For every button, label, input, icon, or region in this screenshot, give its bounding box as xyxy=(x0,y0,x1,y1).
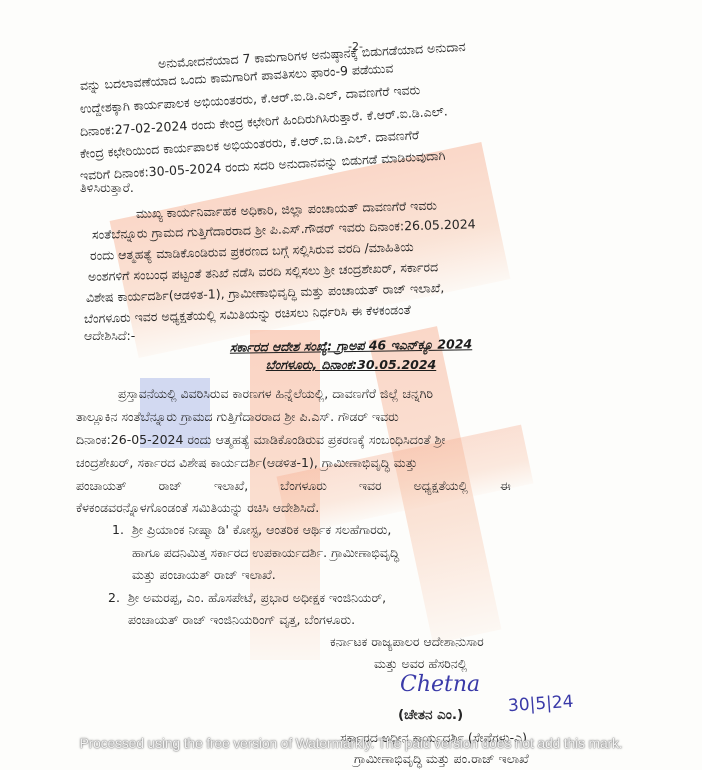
closing-line-2: ಮತ್ತು ಅವರ ಹೆಸರಿನಲ್ಲಿ xyxy=(374,656,467,672)
para3-line: ಕೆಳಕಂಡವರನ್ನೊಳಗೊಂಡಂತೆ ಸಮಿತಿಯನ್ನು ರಚಿಸಿ ಆದ… xyxy=(76,500,319,516)
member-line: ಶ್ರೀ ಪ್ರಿಯಾಂಕ ನೀಷ್ಮಾ ಡಿ' ಕೋಸ್ಟ, ಆಂತರಿಕ ಆ… xyxy=(132,522,391,538)
order-place-date: ಬೆಂಗಳೂರು, ದಿನಾಂಕ:30.05.2024 xyxy=(0,357,702,373)
signature-date: 30|5|24 xyxy=(507,692,574,717)
member-line: ಶ್ರೀ ಅಮರಪ್ಪ, ಎಂ. ಹೊಸಪೇಟೆ, ಪ್ರಭಾರ ಅಧೀಕ್ಷಕ… xyxy=(128,590,386,606)
para3-line: ತಾಲ್ಲೂಕಿನ ಸಂತೆಬೆನ್ನೂರು ಗ್ರಾಮದ ಗುತ್ತಿಗೆದಾ… xyxy=(76,409,399,425)
para3-line: ಪ್ರಸ್ತಾವನೆಯಲ್ಲಿ ವಿವರಿಸಿರುವ ಕಾರಣಗಳ ಹಿನ್ನೆ… xyxy=(118,386,433,402)
signature: Chetna xyxy=(400,672,480,697)
document-page: -2- ಅನುಮೋದನೆಯಾದ 7 ಕಾಮಗಾರಿಗಳ ಅನುಷ್ಠಾನಕ್ಕೆ… xyxy=(0,0,702,770)
para3-line: ದಿನಾಂಕ:26-05-2024 ರಂದು ಆತ್ಮಹತ್ಯೆ ಮಾಡಿಕೊಂ… xyxy=(76,432,445,448)
watermark-text: Processed using the free version of Wate… xyxy=(0,735,702,751)
designation-2: ಗ್ರಾಮೀಣಾಭಿವೃದ್ಧಿ ಮತ್ತು ಪಂ.ರಾಜ್ ಇಲಾಖೆ xyxy=(354,751,529,767)
member-number: 1. xyxy=(112,522,124,538)
para3-line: ಚಂದ್ರಶೇಖರ್, ಸರ್ಕಾರದ ವಿಶೇಷ ಕಾರ್ಯದರ್ಶಿ(ಆಡಳ… xyxy=(76,455,417,471)
closing-line-1: ಕರ್ನಾಟಕ ರಾಜ್ಯಪಾಲರ ಆದೇಶಾನುಸಾರ xyxy=(330,634,484,650)
member-number: 2. xyxy=(108,590,120,606)
signatory-name: (ಚೇತನ ಎಂ.) xyxy=(398,707,463,723)
member-line: ಮತ್ತು ಪಂಚಾಯತ್ ರಾಜ್ ಇಲಾಖೆ. xyxy=(132,567,276,583)
para1-line: ತಿಳಿಸಿರುತ್ತಾರೆ. xyxy=(80,180,134,196)
member-line: ಪಂಚಾಯತ್ ರಾಜ್ ಇಂಜಿನಿಯರಿಂಗ್ ವೃತ್ತ, ಬೆಂಗಳೂರ… xyxy=(128,612,355,628)
member-line: ಹಾಗೂ ಪದನಿಮಿತ್ತ ಸರ್ಕಾರದ ಉಪಕಾರ್ಯದರ್ಶಿ. ಗ್ರ… xyxy=(132,545,399,561)
para3-line: ಪಂಚಾಯತ್ ರಾಜ್ ಇಲಾಖೆ, ಬೆಂಗಳೂರು ಇವರ ಅಧ್ಯಕ್ಷ… xyxy=(76,478,511,494)
